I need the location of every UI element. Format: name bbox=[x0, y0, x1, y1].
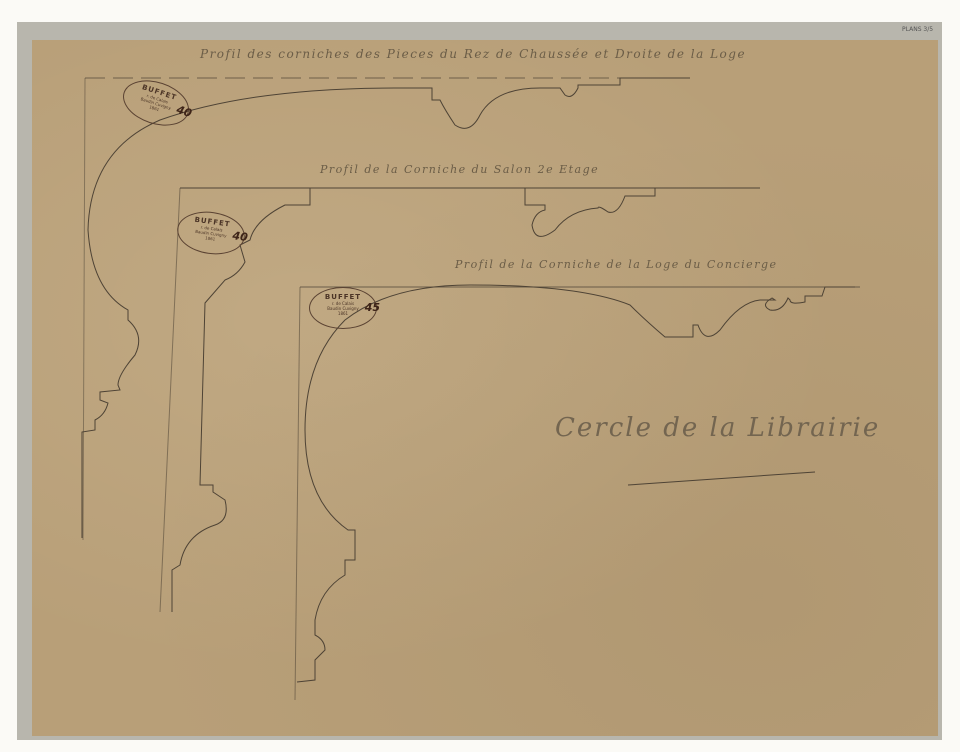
profile-3-vertical bbox=[295, 287, 300, 700]
buffet-stamp: BUFFET r. de Calais Baudin Cuvigny 1861 … bbox=[309, 287, 377, 329]
stamp-number: 40 bbox=[232, 229, 249, 244]
profile-3-outline bbox=[297, 285, 855, 682]
profile-2-vertical bbox=[160, 188, 180, 612]
profile-1-caption: Profil des corniches des Pieces du Rez d… bbox=[200, 47, 746, 61]
profile-2-outline bbox=[172, 188, 760, 612]
profile-3-caption: Profil de la Corniche de la Loge du Conc… bbox=[455, 258, 778, 271]
profile-1-outline bbox=[82, 78, 690, 538]
title-underline bbox=[628, 472, 815, 485]
main-title: Cercle de la Librairie bbox=[555, 413, 880, 443]
stamp-name: BUFFET bbox=[310, 293, 376, 301]
profile-1-vertical bbox=[83, 78, 85, 540]
profile-2-caption: Profil de la Corniche du Salon 2e Etage bbox=[320, 163, 599, 176]
stamp-number: 45 bbox=[365, 301, 380, 314]
